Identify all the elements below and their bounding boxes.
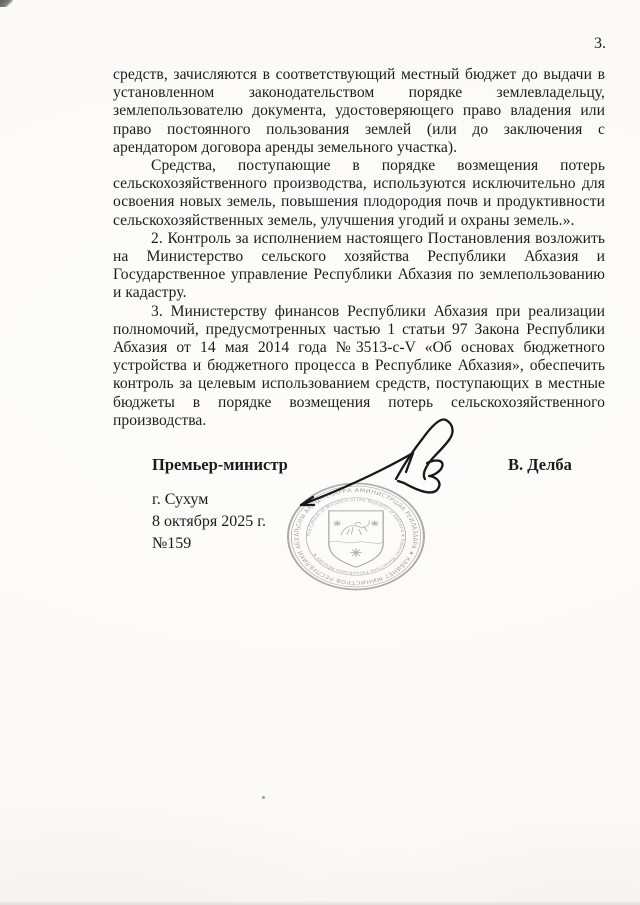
scan-bottom-edge <box>0 901 640 905</box>
signer-name: В. Делба <box>508 455 572 475</box>
document-body: средств, зачисляются в соответствующий м… <box>113 66 605 430</box>
paragraph: средств, зачисляются в соответствующий м… <box>113 66 605 157</box>
document-number: №159 <box>152 535 191 553</box>
issue-city: г. Сухум <box>152 491 208 509</box>
coat-of-arms-shield <box>329 511 383 567</box>
paragraph: 2. Контроль за исполнением настоящего По… <box>113 230 605 303</box>
star-icon <box>334 520 342 526</box>
issue-date: 8 октября 2025 г. <box>152 513 266 531</box>
signer-title: Премьер-министр <box>152 455 288 475</box>
paragraph: Средства, поступающие в порядке возмещен… <box>113 157 605 230</box>
document-page: 3. средств, зачисляются в соответствующи… <box>0 0 640 905</box>
page-number: 3. <box>560 35 606 53</box>
scan-corner-artifact <box>0 0 13 7</box>
star-icon <box>371 520 379 526</box>
official-seal: АҦСНЫ АҲӘЫНҬҚАРРА АМИНИСТРЦӘА РЕИЛАЗААРА… <box>281 478 431 595</box>
paragraph: 3. Министерству финансов Республики Абха… <box>113 303 605 430</box>
scan-speck <box>262 796 265 799</box>
